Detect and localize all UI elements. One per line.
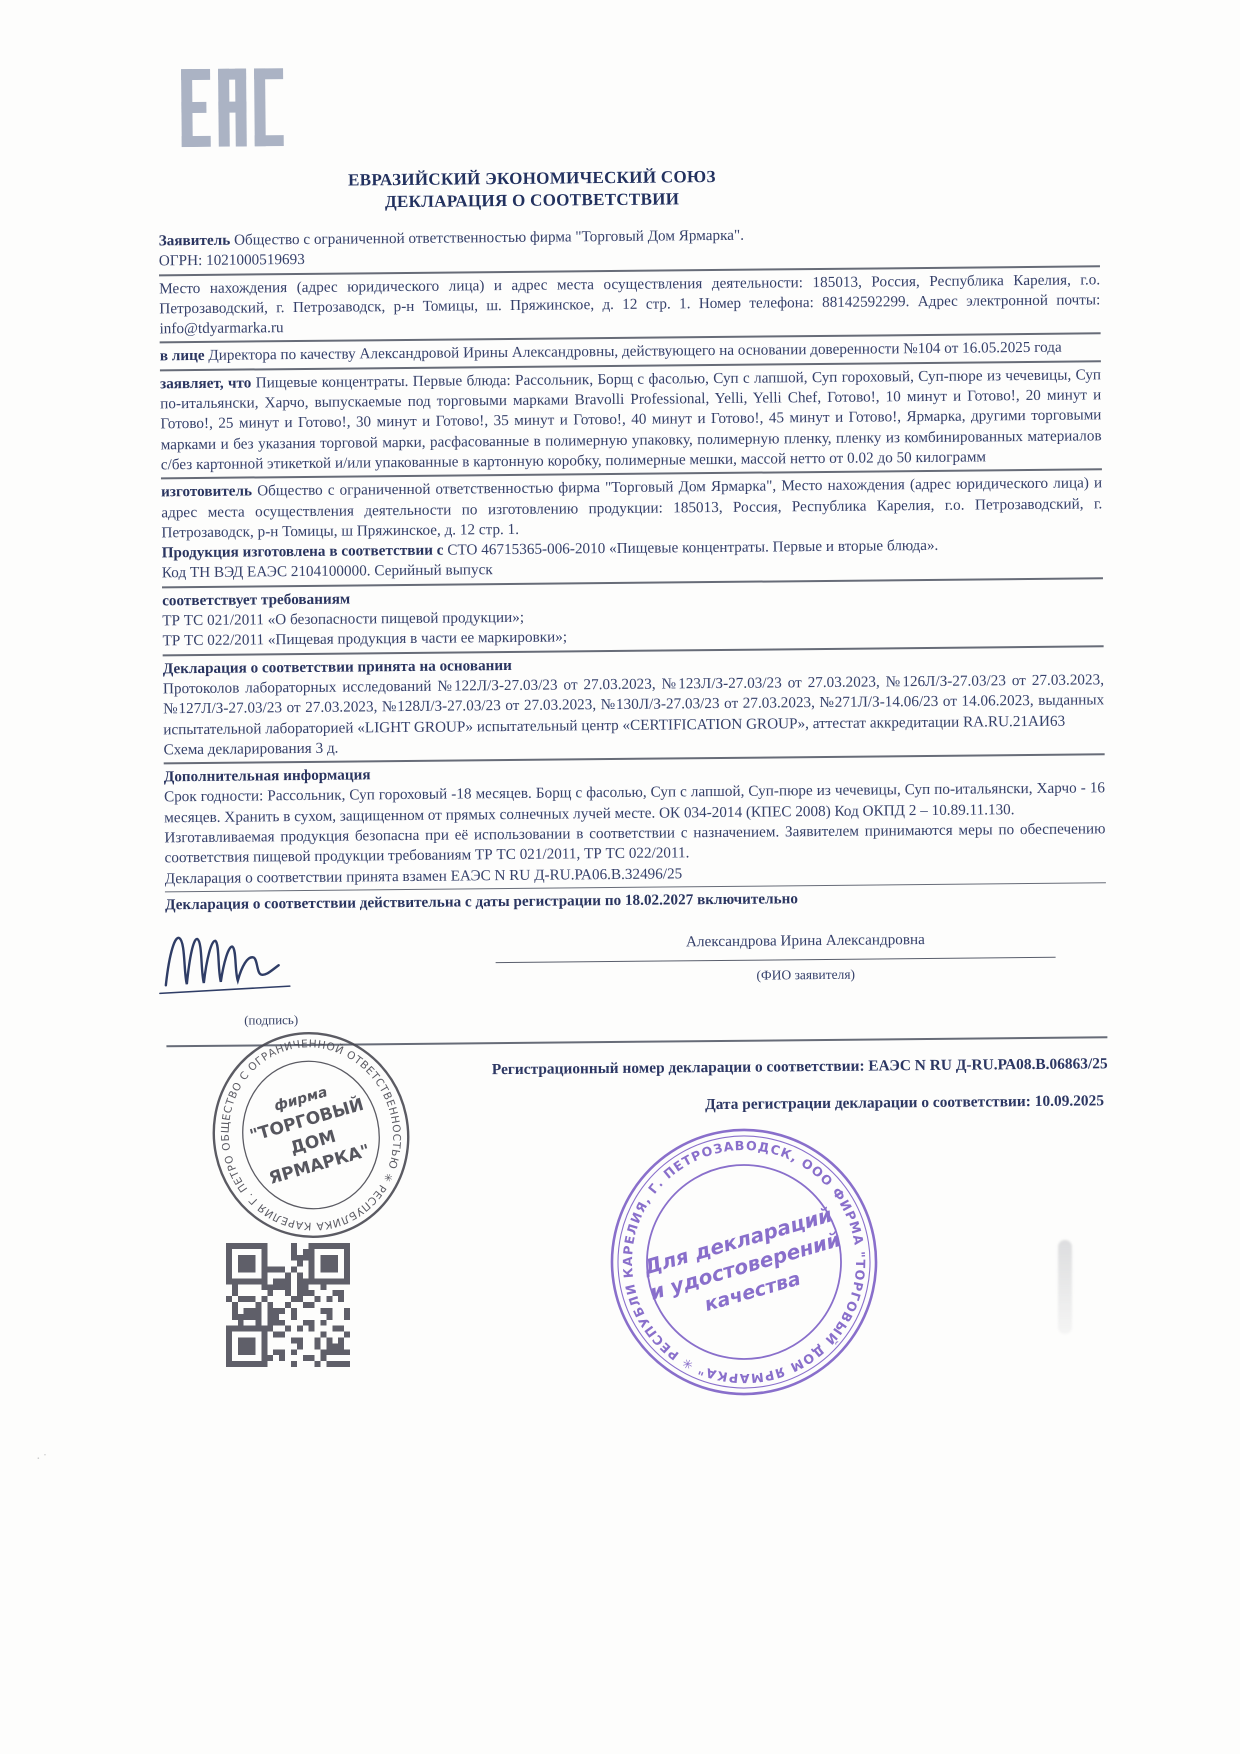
registration-date-line: Дата регистрации декларации о соответств… — [167, 1091, 1108, 1120]
signature-icon — [157, 922, 318, 1006]
scan-dot-artifact: ·˙ — [36, 1452, 49, 1468]
svg-text:КАРЕЛИЯ, Г. ПЕТРОЗАВОДСК, ООО: КАРЕЛИЯ, Г. ПЕТРОЗАВОДСК, ООО ФИРМА "ТОР… — [572, 1090, 886, 1409]
declares-label: заявляет, что — [160, 374, 251, 392]
fio-underline — [496, 957, 1056, 963]
quality-round-stamp: КАРЕЛИЯ, Г. ПЕТРОЗАВОДСК, ООО ФИРМА "ТОР… — [572, 1090, 915, 1433]
tnved-text: Код ТН ВЭД ЕАЭС 2104100000. Серийный вып… — [162, 562, 493, 582]
company-stamp-line4: ЯРМАРКА" — [267, 1141, 372, 1189]
registration-number-line: Регистрационный номер декларации о соотв… — [167, 1054, 1108, 1083]
representative-text: Директора по качеству Александровой Ирин… — [208, 339, 1062, 364]
basis-text: Протоколов лабораторных исследований №12… — [163, 670, 1105, 740]
document-content: ЕВРАЗИЙСКИЙ ЭКОНОМИЧЕСКИЙ СОЮЗ ДЕКЛАРАЦИ… — [157, 56, 1108, 1135]
sto-label: Продукция изготовлена в соответствии с — [162, 542, 444, 562]
applicant-label: Заявитель — [159, 232, 231, 250]
document-page: ЕВРАЗИЙСКИЙ ЭКОНОМИЧЕСКИЙ СОЮЗ ДЕКЛАРАЦИ… — [0, 0, 1240, 1754]
manufacturer-paragraph: изготовитель Общество с ограниченной отв… — [161, 474, 1103, 585]
applicant-paragraph: Заявитель Общество с ограниченной ответс… — [159, 222, 1100, 272]
manufacturer-text: Общество с ограниченной ответственностью… — [161, 475, 1102, 542]
declares-paragraph: заявляет, что Пищевые концентраты. Первы… — [160, 365, 1102, 476]
applicant-text: Общество с ограниченной ответственностью… — [234, 227, 744, 249]
location-paragraph: Место нахождения (адрес юридического лиц… — [159, 270, 1101, 340]
qr-code — [226, 1243, 350, 1367]
quality-stamp-ring-text: КАРЕЛИЯ, Г. ПЕТРОЗАВОДСК, ООО ФИРМА "ТОР… — [572, 1090, 886, 1409]
document-title: ЕВРАЗИЙСКИЙ ЭКОНОМИЧЕСКИЙ СОЮЗ ДЕКЛАРАЦИ… — [348, 166, 716, 214]
representative-label: в лице — [160, 347, 205, 364]
eac-logo — [179, 68, 286, 147]
signature-area: (подпись) Александрова Ирина Александров… — [165, 906, 1107, 1043]
scan-smudge-artifact — [1058, 1240, 1072, 1334]
title-line-2: ДЕКЛАРАЦИЯ О СООТВЕТСТВИИ — [348, 188, 716, 214]
sto-text: СТО 46715365-006-2010 «Пищевые концентра… — [447, 537, 938, 559]
ogrn-text: ОГРН: 1021000519693 — [159, 251, 305, 269]
quality-stamp-line3: качества — [702, 1268, 803, 1316]
signature-caption: (подпись) — [244, 1010, 298, 1031]
quality-stamp-line2: и удостоверений — [647, 1227, 843, 1304]
quality-stamp-line1: Для деклараций — [640, 1203, 834, 1280]
manufacturer-label: изготовитель — [161, 483, 252, 501]
fio-caption: (ФИО заявителя) — [526, 963, 1086, 989]
declares-text: Пищевые концентраты. Первые блюда: Рассо… — [160, 366, 1102, 473]
applicant-fullname: Александрова Ирина Александровна — [525, 929, 1085, 955]
